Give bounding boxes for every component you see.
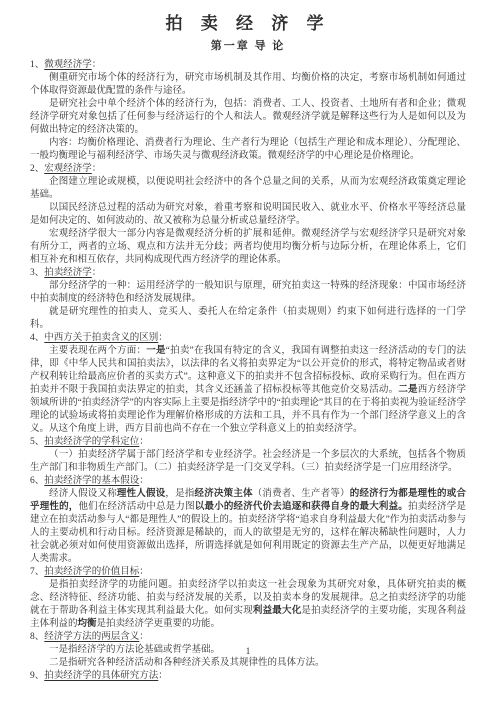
emphasis-text: 利益最大化 (253, 606, 301, 616)
body-text: （一）拍卖经济学属于部门经济学和专业经济学。社会经济是一个多层次的大系统，包括各… (30, 450, 466, 473)
section-number: 4、 (30, 333, 44, 343)
section-heading: 1、微观经济学： (30, 59, 466, 72)
paragraph: （一）拍卖经济学属于部门经济学和专业经济学。社会经济是一个多层次的大系统，包括各… (30, 449, 466, 475)
section-number: 6、 (30, 476, 44, 486)
paragraph: 内容：均衡价格理论、消费者行为理论、生产者行为理论（包括生产理论和成本理论）、分… (30, 137, 466, 163)
body-text: 部分经济学的一种：运用经济学的一般知识与原理，研究拍卖这一特殊的经济现象：中国市… (30, 281, 466, 304)
document-body: 1、微观经济学：侧重研究市场个体的经济行为，研究市场机制及其作用、均衡价格的决定… (30, 59, 466, 683)
section-colon: ： (92, 268, 102, 278)
body-text: 他们在经济活动中总是力图 (78, 502, 194, 512)
section-title: 微观经济学 (44, 60, 92, 70)
paragraph: 是研究社会中单个经济个体的经济行为，包括：消费者、工人、投资者、土地所有者和企业… (30, 98, 466, 137)
paragraph: 侧重研究市场个体的经济行为，研究市场机制及其作用、均衡价格的决定，考察市场机制如… (30, 72, 466, 98)
section: 9、拍卖经济学的具体研究方法： (30, 670, 466, 683)
section-number: 1、 (30, 60, 44, 70)
body-text: 宏观经济学很大一部分内容是微观经济分析的扩展和延伸。微观经济学与宏观经济学只是研… (30, 229, 466, 265)
section: 3、拍卖经济学：部分经济学的一种：运用经济学的一般知识与原理，研究拍卖这一特殊的… (30, 267, 466, 332)
section: 7、拍卖经济学的价值目标：是指拍卖经济学的功能问题。拍卖经济学以拍卖这一社会现象… (30, 566, 466, 631)
section: 4、中西方关于拍卖含义的区别：主要表现在两个方面：一是“拍卖”在我国有特定的含义… (30, 332, 466, 436)
body-text: 二是指研究各种经济活动和各种经济关系及其规律性的具体方法。 (49, 658, 325, 668)
body-text: 是研究社会中单个经济个体的经济行为，包括：消费者、工人、投资者、土地所有者和企业… (30, 99, 466, 135)
section-heading: 3、拍卖经济学： (30, 267, 466, 280)
section-title: 拍卖经济学的价值目标 (44, 567, 139, 577)
body-text: （消费者、生产者等） (253, 489, 350, 499)
section-number: 7、 (30, 567, 44, 577)
section-number: 3、 (30, 268, 44, 278)
section: 2、宏观经济学：企图建立理论或规模，以便说明社会经济中的各个总量之间的关系，从而… (30, 163, 466, 267)
section-title: 拍卖经济学 (44, 268, 92, 278)
paragraph: 宏观经济学很大一部分内容是微观经济分析的扩展和延伸。微观经济学与宏观经济学只是研… (30, 228, 466, 267)
section-colon: ： (158, 671, 168, 681)
section-heading: 7、拍卖经济学的价值目标： (30, 566, 466, 579)
body-text: 是拍卖经济学更重要的功能。 (97, 619, 221, 629)
body-text: 企图建立理论或规模，以便说明社会经济中的各个总量之间的关系，从而为宏观经济政策奠… (30, 177, 466, 200)
section-colon: ： (139, 567, 149, 577)
body-text: 内容：均衡价格理论、消费者行为理论、生产者行为理论（包括生产理论和成本理论）、分… (30, 138, 466, 161)
document-page: 拍 卖 经 济 学 第一章 导 论 1、微观经济学：侧重研究市场个体的经济行为，… (0, 0, 496, 702)
section: 5、拍卖经济学的学科定位：（一）拍卖经济学属于部门经济学和专业经济学。社会经济是… (30, 436, 466, 475)
emphasis-text: 以最小的经济代价去追逐和获得自身的最大利益。 (195, 502, 408, 512)
body-text: 就是研究理性的拍卖人、竞买人、委托人在给定条件（拍卖规则）约束下如何进行选择的一… (30, 307, 466, 330)
paragraph: 经济人假设又称理性人假设，是指经济决策主体（消费者、生产者等）的经济行为都是理性… (30, 488, 466, 566)
paragraph: 企图建立理论或规模，以便说明社会经济中的各个总量之间的关系，从而为宏观经济政策奠… (30, 176, 466, 202)
section-title: 经济学方法的两层含义 (44, 632, 139, 642)
emphasis-text: 经济决策主体 (195, 489, 253, 499)
section-number: 5、 (30, 437, 44, 447)
paragraph: 是指拍卖经济学的功能问题。拍卖经济学以拍卖这一社会现象为其研究对象，具体研究拍卖… (30, 579, 466, 631)
emphasis-text: 均衡 (78, 619, 97, 629)
section-colon: ： (139, 632, 149, 642)
section-heading: 5、拍卖经济学的学科定位： (30, 436, 466, 449)
section: 6、拍卖经济学的基本假设：经济人假设又称理性人假设，是指经济决策主体（消费者、生… (30, 475, 466, 566)
section-heading: 9、拍卖经济学的具体研究方法： (30, 670, 466, 683)
paragraph: 主要表现在两个方面：一是“拍卖”在我国有特定的含义，我国有调整拍卖这一经济活动的… (30, 345, 466, 436)
paragraph: 二是指研究各种经济活动和各种经济关系及其规律性的具体方法。 (30, 657, 466, 670)
section-heading: 2、宏观经济学： (30, 163, 466, 176)
paragraph: 就是研究理性的拍卖人、竞买人、委托人在给定条件（拍卖规则）约束下如何进行选择的一… (30, 306, 466, 332)
section-colon: ： (158, 333, 168, 343)
page-number: 1 (0, 646, 496, 656)
emphasis-text: 理性人假设 (117, 489, 166, 499)
section-title: 拍卖经济学的具体研究方法 (44, 671, 158, 681)
emphasis-text: 一是 (146, 346, 165, 356)
body-text: 主要表现在两个方面： (49, 346, 146, 356)
section-title: 宏观经济学 (44, 164, 92, 174)
chapter-heading: 第一章 导 论 (30, 38, 466, 55)
body-text: ，是指 (165, 489, 194, 499)
document-title: 拍 卖 经 济 学 (30, 12, 466, 36)
section-colon: ： (139, 437, 149, 447)
section-colon: ： (92, 60, 102, 70)
body-text: 以国民经济总过程的活动为研究对象，着重考察和说明国民收入、就业水平、价格水平等经… (30, 203, 466, 226)
section-colon: ： (139, 476, 149, 486)
section-title: 中西方关于拍卖含义的区别 (44, 333, 158, 343)
section-title: 拍卖经济学的基本假设 (44, 476, 139, 486)
section-number: 2、 (30, 164, 44, 174)
emphasis-text: 二是 (398, 385, 417, 395)
section-number: 8、 (30, 632, 44, 642)
body-text: 侧重研究市场个体的经济行为，研究市场机制及其作用、均衡价格的决定，考察市场机制如… (30, 73, 466, 96)
section: 1、微观经济学：侧重研究市场个体的经济行为，研究市场机制及其作用、均衡价格的决定… (30, 59, 466, 163)
section-heading: 4、中西方关于拍卖含义的区别： (30, 332, 466, 345)
section-number: 9、 (30, 671, 44, 681)
paragraph: 部分经济学的一种：运用经济学的一般知识与原理，研究拍卖这一特殊的经济现象：中国市… (30, 280, 466, 306)
section-title: 拍卖经济学的学科定位 (44, 437, 139, 447)
section-heading: 6、拍卖经济学的基本假设： (30, 475, 466, 488)
body-text: 经济人假设又称 (49, 489, 117, 499)
section-heading: 8、经济学方法的两层含义： (30, 631, 466, 644)
section-colon: ： (92, 164, 102, 174)
paragraph: 以国民经济总过程的活动为研究对象，着重考察和说明国民收入、就业水平、价格水平等经… (30, 202, 466, 228)
